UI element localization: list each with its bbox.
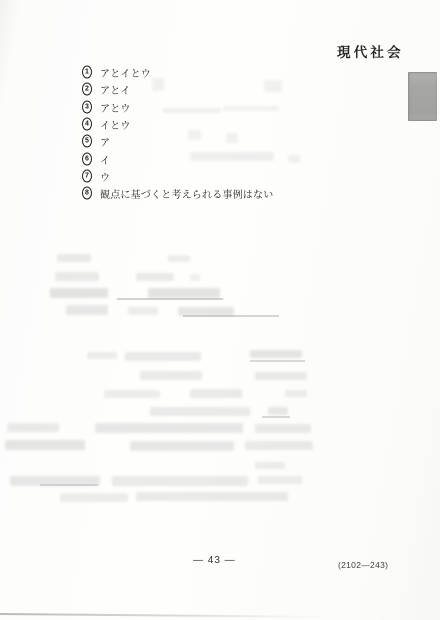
- bleedthrough-mark: [245, 441, 313, 450]
- choice-row-8: 8 観点に基づくと考えられる事例はない: [82, 185, 273, 202]
- bleedthrough-mark: [95, 423, 243, 433]
- choice-label: アとウ: [100, 100, 131, 115]
- bleedthrough-mark: [7, 423, 59, 432]
- bleedthrough-mark: [262, 416, 290, 418]
- choice-row-5: 5 ア: [82, 133, 273, 150]
- bleedthrough-mark: [112, 476, 248, 486]
- circled-number-icon: 8: [82, 187, 92, 200]
- page-number: — 43 —: [193, 555, 236, 566]
- choice-label: イ: [100, 152, 110, 167]
- choice-row-2: 2 アとイ: [82, 81, 273, 98]
- bleedthrough-mark: [125, 352, 201, 361]
- scanned-exam-page: 現代社会 1 アとイとウ 2 アとイ 3 アとウ 4 イとウ 5 ア 6 イ 7…: [0, 0, 440, 620]
- bleedthrough-mark: [255, 372, 307, 380]
- choice-row-1: 1 アとイとウ: [82, 64, 273, 81]
- choice-row-3: 3 アとウ: [82, 99, 273, 116]
- choice-row-4: 4 イとウ: [82, 116, 273, 133]
- bleedthrough-mark: [128, 307, 158, 315]
- answer-choices-list: 1 アとイとウ 2 アとイ 3 アとウ 4 イとウ 5 ア 6 イ 7 ウ 8: [82, 64, 273, 202]
- circled-number-icon: 2: [82, 83, 92, 96]
- bleedthrough-mark: [104, 390, 160, 398]
- choice-label: イとウ: [100, 117, 131, 132]
- bleedthrough-mark: [140, 371, 202, 380]
- choice-label: アとイとウ: [100, 65, 151, 80]
- choice-label: アとイ: [100, 82, 131, 97]
- bleedthrough-mark: [130, 441, 234, 451]
- circled-number-icon: 4: [82, 118, 92, 131]
- bleedthrough-mark: [250, 350, 302, 358]
- index-tab-marker: [408, 72, 437, 121]
- circled-number-icon: 7: [82, 169, 92, 182]
- bleedthrough-mark: [60, 493, 128, 502]
- page-bottom-edge: [0, 613, 326, 617]
- bleedthrough-mark: [255, 462, 285, 469]
- circled-number-icon: 6: [82, 152, 92, 165]
- bleedthrough-mark: [183, 315, 279, 317]
- bleedthrough-mark: [288, 155, 300, 163]
- bleedthrough-mark: [150, 407, 250, 416]
- bleedthrough-mark: [258, 476, 302, 484]
- bleedthrough-mark: [87, 352, 117, 359]
- bleedthrough-mark: [57, 254, 91, 262]
- bleedthrough-mark: [136, 273, 174, 281]
- bleedthrough-mark: [268, 407, 288, 415]
- choice-label: ウ: [100, 169, 110, 184]
- circled-number-icon: 3: [82, 100, 92, 113]
- bleedthrough-mark: [148, 288, 220, 298]
- bleedthrough-mark: [190, 274, 200, 281]
- subject-header: 現代社会: [337, 41, 404, 61]
- bleedthrough-mark: [250, 360, 305, 362]
- choice-label: ア: [100, 134, 110, 149]
- bleedthrough-mark: [255, 424, 311, 433]
- bleedthrough-mark: [190, 389, 242, 398]
- bleedthrough-mark: [136, 492, 288, 501]
- document-code: (2102—243): [338, 560, 388, 570]
- bleedthrough-mark: [50, 288, 108, 298]
- choice-label: 観点に基づくと考えられる事例はない: [100, 186, 273, 201]
- bleedthrough-mark: [66, 305, 108, 315]
- choice-row-7: 7 ウ: [82, 168, 273, 185]
- bleedthrough-mark: [5, 440, 85, 450]
- circled-number-icon: 1: [82, 66, 92, 79]
- circled-number-icon: 5: [82, 135, 92, 148]
- bleedthrough-mark: [168, 255, 190, 262]
- bleedthrough-mark: [285, 390, 307, 397]
- bleedthrough-mark: [55, 272, 99, 281]
- choice-row-6: 6 イ: [82, 150, 273, 167]
- bleedthrough-mark: [40, 484, 98, 486]
- bleedthrough-mark: [117, 298, 223, 300]
